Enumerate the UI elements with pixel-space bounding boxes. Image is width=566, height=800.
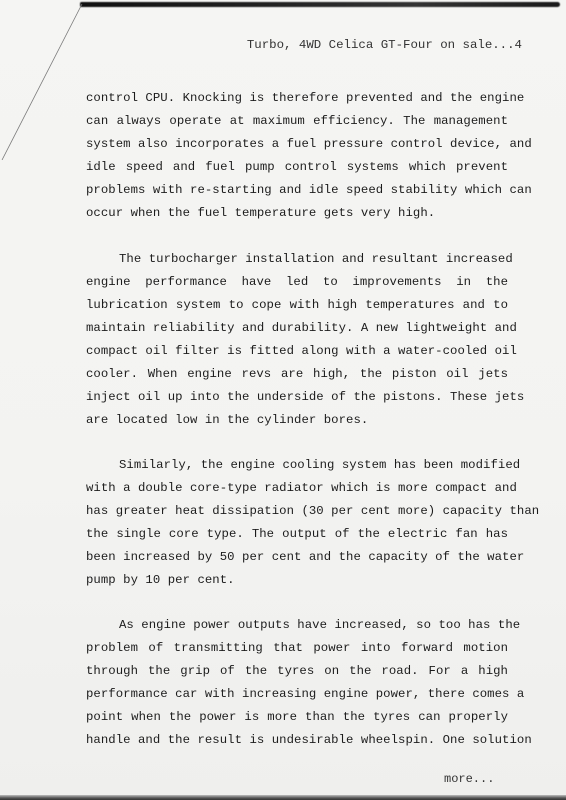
text-line: As engine power outputs have increased, … xyxy=(119,618,508,632)
text-line: cooler. When engine revs are high, the p… xyxy=(86,367,508,381)
text-line: been increased by 50 per cent and the ca… xyxy=(86,550,508,564)
text-line: problems with re-starting and idle speed… xyxy=(86,183,508,197)
text-line: compact oil filter is fitted along with … xyxy=(86,344,508,358)
text-line: can always operate at maximum efficiency… xyxy=(86,114,508,128)
text-line: the single core type. The output of the … xyxy=(86,527,508,541)
text-line: point when the power is more than the ty… xyxy=(86,710,508,724)
text-line: problem of transmitting that power into … xyxy=(86,641,508,655)
text-line: lubrication system to cope with high tem… xyxy=(86,298,508,312)
text-line: pump by 10 per cent. xyxy=(86,573,508,587)
text-line: control CPU. Knocking is therefore preve… xyxy=(86,91,508,105)
text-line: performance car with increasing engine p… xyxy=(86,687,508,701)
text-line: through the grip of the tyres on the roa… xyxy=(86,664,508,678)
text-line: with a double core-type radiator which i… xyxy=(86,481,508,495)
text-line: handle and the result is undesirable whe… xyxy=(86,733,508,747)
text-line: engine performance have led to improveme… xyxy=(86,275,508,289)
text-line: Similarly, the engine cooling system has… xyxy=(119,458,508,472)
running-header: Turbo, 4WD Celica GT-Four on sale...4 xyxy=(247,38,522,52)
text-line: inject oil up into the underside of the … xyxy=(86,390,508,404)
text-line: occur when the fuel temperature gets ver… xyxy=(86,206,508,220)
text-line: maintain reliability and durability. A n… xyxy=(86,321,508,335)
text-line: has greater heat dissipation (30 per cen… xyxy=(86,504,508,518)
text-line: system also incorporates a fuel pressure… xyxy=(86,137,508,151)
page-bottom-edge xyxy=(0,795,566,800)
text-line: The turbocharger installation and result… xyxy=(119,252,508,266)
continuation-marker: more... xyxy=(444,772,494,786)
page-fold-line xyxy=(0,0,90,160)
page-top-edge xyxy=(80,2,560,7)
text-line: are located low in the cylinder bores. xyxy=(86,413,508,427)
document-page: Turbo, 4WD Celica GT-Four on sale...4 co… xyxy=(0,0,566,800)
text-line: idle speed and fuel pump control systems… xyxy=(86,160,508,174)
